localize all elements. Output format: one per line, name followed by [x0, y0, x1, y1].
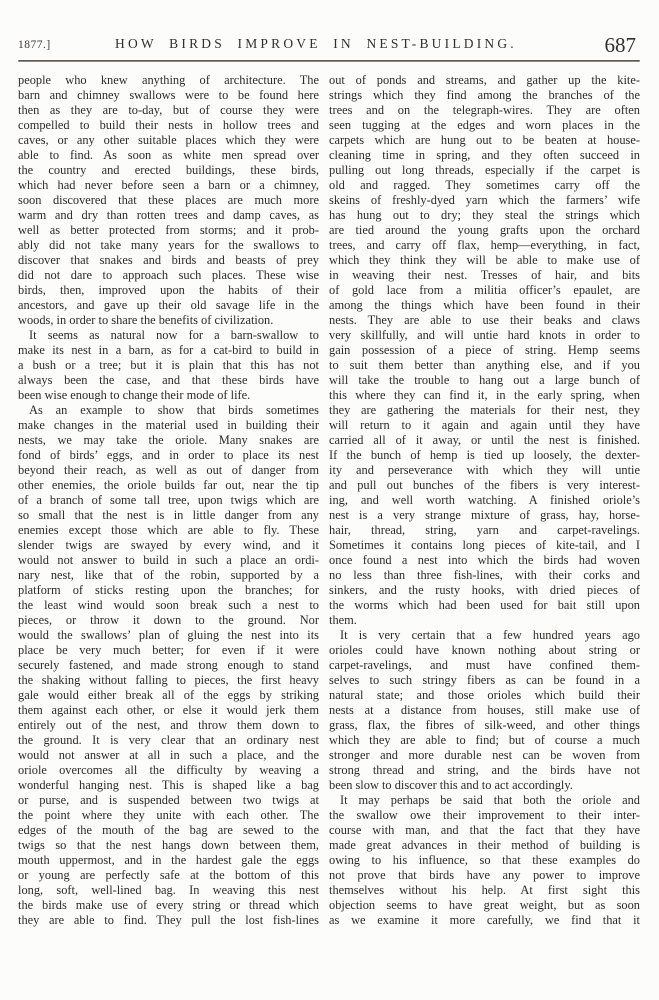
text-line: grass, flax, the fibres of silk-weed, an…: [329, 718, 640, 733]
text-line: always been the case, and that these bir…: [18, 373, 319, 388]
text-line: nests. They are able to use their beaks …: [329, 313, 640, 328]
text-line: the shaking without falling to pieces, t…: [18, 673, 319, 688]
text-line: selves to such stringy fibers as can be …: [329, 673, 640, 688]
text-line: objection seems to have great weight, bu…: [329, 898, 640, 913]
text-line: not prove that birds have any power to i…: [329, 868, 640, 883]
text-line: them.: [329, 613, 640, 628]
text-line: platform of sticks resting upon the bran…: [18, 583, 319, 598]
article-columns: people who knew anything of architecture…: [18, 73, 640, 928]
text-line: natural state; and those orioles which b…: [329, 688, 640, 703]
text-line: out of ponds and streams, and gather up …: [329, 73, 640, 88]
text-line: place be very much better; for even if i…: [18, 643, 319, 658]
text-line: slender twigs are swayed by every wind, …: [18, 538, 319, 553]
text-line: gain possession of a piece of string. He…: [329, 343, 640, 358]
text-line: birds, then, improved upon the habits of…: [18, 283, 319, 298]
page-number: 687: [605, 33, 637, 58]
text-line: well as better protected from storms; an…: [18, 223, 319, 238]
year-label: 1877.]: [18, 39, 51, 51]
text-line: are tied around the young grafts upon th…: [329, 223, 640, 238]
text-line: carried all of it away, or until the nes…: [329, 433, 640, 448]
text-line: edges of the mouth of the bag are sewed …: [18, 823, 319, 838]
text-line: the worms which had been used for bait s…: [329, 598, 640, 613]
text-line: able to find. As soon as white men sprea…: [18, 148, 319, 163]
text-line: It seems as natural now for a barn-swall…: [18, 328, 319, 343]
text-line: and pull out bunches of the fibers is ve…: [329, 478, 640, 493]
text-line: soon discovered that these places are mu…: [18, 193, 319, 208]
page-title: HOW BIRDS IMPROVE IN NEST-BUILDING.: [115, 36, 517, 52]
text-line: ity and perseverance with which they wil…: [329, 463, 640, 478]
text-line: fond of birds’ eggs, and in order to pla…: [18, 448, 319, 463]
text-line: will return to it again and again until …: [329, 418, 640, 433]
text-line: owing to his influence, so that these ex…: [329, 853, 640, 868]
text-line: them against each other, or else it woul…: [18, 703, 319, 718]
text-line: will take the trouble to hang out a larg…: [329, 373, 640, 388]
text-line: course with man, and that the fact that …: [329, 823, 640, 838]
text-line: did not dare to approach such places. Th…: [18, 268, 319, 283]
text-line: which they think they will be able to ma…: [329, 253, 640, 268]
text-line: which had never before seen a barn or a …: [18, 178, 319, 193]
text-line: no less than three fish-lines, with thei…: [329, 568, 640, 583]
text-line: other enemies, the oriole builds far out…: [18, 478, 319, 493]
text-line: they are gathering the materials for the…: [329, 403, 640, 418]
text-line: old and ragged. They sometimes carry off…: [329, 178, 640, 193]
running-head: 1877.] HOW BIRDS IMPROVE IN NEST-BUILDIN…: [18, 28, 638, 54]
text-line: would the swallows’ plan of gluing the n…: [18, 628, 319, 643]
text-line: trees, and carry off flax, hemp—everythi…: [329, 238, 640, 253]
text-line: would not answer at all in such a place,…: [18, 748, 319, 763]
text-line: the birds make use of every string or th…: [18, 898, 319, 913]
text-line: of a branch of some tall tree, upon twig…: [18, 493, 319, 508]
text-line: enemies except those which are able to f…: [18, 523, 319, 538]
text-line: woods, in order to share the benefits of…: [18, 313, 319, 328]
text-line: ing, and well worth watching. A finished…: [329, 493, 640, 508]
text-line: the country and erected buildings, these…: [18, 163, 319, 178]
text-line: warm and dry than rotten trees and damp …: [18, 208, 319, 223]
text-line: orioles could have known nothing about s…: [329, 643, 640, 658]
text-line: pulling out long threads, especially if …: [329, 163, 640, 178]
paragraph: It may perhaps be said that both the ori…: [329, 793, 640, 928]
text-line: trees and on the telegraph-wires. They a…: [329, 103, 640, 118]
text-line: strong thread and string, and the birds …: [329, 763, 640, 778]
paragraph: It seems as natural now for a barn-swall…: [18, 328, 319, 403]
text-line: been wise enough to change their mode of…: [18, 388, 319, 403]
text-line: or young are perfectly safe at the botto…: [18, 868, 319, 883]
text-line: ancestors, and gave up their old savage …: [18, 298, 319, 313]
text-line: make changes in the material used in bui…: [18, 418, 319, 433]
text-line: stronger and more durable nest can be wo…: [329, 748, 640, 763]
text-line: twigs so that the nest hangs down betwee…: [18, 838, 319, 853]
text-line: seen tugging at the edges and worn place…: [329, 118, 640, 133]
text-line: wonderful hanging nest. This is shaped l…: [18, 778, 319, 793]
paragraph: It is very certain that a few hundred ye…: [329, 628, 640, 793]
text-line: make its nest in a barn, as for a cat-bi…: [18, 343, 319, 358]
text-line: been slow to discover this and to act ac…: [329, 778, 640, 793]
paragraph: out of ponds and streams, and gather up …: [329, 73, 640, 628]
text-line: carpets which are hung out to be beaten …: [329, 133, 640, 148]
text-column-left: people who knew anything of architecture…: [18, 73, 319, 928]
text-column-right: out of ponds and streams, and gather up …: [329, 73, 640, 928]
text-line: pieces, or throw it down to the ground. …: [18, 613, 319, 628]
text-line: the swallow owe their improvement to the…: [329, 808, 640, 823]
text-line: discover that snakes and birds and beast…: [18, 253, 319, 268]
text-line: the point where they unite with each oth…: [18, 808, 319, 823]
text-line: entirely out of the nest, and throw them…: [18, 718, 319, 733]
text-line: hair, thread, string, yarn and carpet-ra…: [329, 523, 640, 538]
text-line: nary nest, like that of the robin, suppo…: [18, 568, 319, 583]
text-line: made great advances in their method of b…: [329, 838, 640, 853]
paragraph: As an example to show that birds sometim…: [18, 403, 319, 928]
text-line: themselves without his help. At first si…: [329, 883, 640, 898]
text-line: ably did not take many years for the swa…: [18, 238, 319, 253]
text-line: then as they are to-day, but of course t…: [18, 103, 319, 118]
text-line: they are able to find. They pull the los…: [18, 913, 319, 928]
text-line: beyond their reach, as well as out of da…: [18, 463, 319, 478]
text-line: It is very certain that a few hundred ye…: [329, 628, 640, 643]
text-line: gale would either break all of the eggs …: [18, 688, 319, 703]
text-line: in weaving their nest. Tresses of hair, …: [329, 268, 640, 283]
text-line: the least wind would soon break such a n…: [18, 598, 319, 613]
text-line: would not answer to build in such a plac…: [18, 553, 319, 568]
text-line: among the things which have been found i…: [329, 298, 640, 313]
text-line: so small that the nest is in little dang…: [18, 508, 319, 523]
text-line: this where they can find it, in the earl…: [329, 388, 640, 403]
text-line: oriole overcomes all the difficulty by w…: [18, 763, 319, 778]
text-line: long, soft, well-lined bag. In weaving t…: [18, 883, 319, 898]
text-line: caves, or any other suitable places whic…: [18, 133, 319, 148]
text-line: or purse, and is suspended between two t…: [18, 793, 319, 808]
text-line: as we examine it more carefully, we find…: [329, 913, 640, 928]
text-line: a bush or a tree; but it is plain that t…: [18, 358, 319, 373]
text-line: nests, we may take the oriole. Many snak…: [18, 433, 319, 448]
text-line: nests at a distance from houses, still m…: [329, 703, 640, 718]
text-line: As an example to show that birds sometim…: [18, 403, 319, 418]
text-line: of gold lace from a militia officer’s ep…: [329, 283, 640, 298]
text-line: nest is a very strange mixture of grass,…: [329, 508, 640, 523]
text-line: If the bunch of hemp is tied up loosely,…: [329, 448, 640, 463]
text-line: once found a nest into which the birds h…: [329, 553, 640, 568]
text-line: It may perhaps be said that both the ori…: [329, 793, 640, 808]
header-rule: [18, 60, 640, 62]
paragraph: people who knew anything of architecture…: [18, 73, 319, 328]
text-line: strings which they find among the branch…: [329, 88, 640, 103]
text-line: very skillfully, and will untie hard kno…: [329, 328, 640, 343]
text-line: skeins of freshly-dyed yarn which the fa…: [329, 193, 640, 208]
text-line: has hung out to dry; they steal the stri…: [329, 208, 640, 223]
text-line: Sometimes it contains long pieces of kit…: [329, 538, 640, 553]
text-line: to suit them better than anything else, …: [329, 358, 640, 373]
text-line: which they are able to find; but of cour…: [329, 733, 640, 748]
text-line: compelled to build their nests in hollow…: [18, 118, 319, 133]
book-page: 1877.] HOW BIRDS IMPROVE IN NEST-BUILDIN…: [0, 0, 659, 1000]
text-line: carpet-ravelings, and must have confined…: [329, 658, 640, 673]
text-line: people who knew anything of architecture…: [18, 73, 319, 88]
text-line: sinkers, and the rusty hooks, with dried…: [329, 583, 640, 598]
text-line: securely fastened, and made strong enoug…: [18, 658, 319, 673]
text-line: barn and chimney swallows were to be fou…: [18, 88, 319, 103]
text-line: mouth uppermost, and in the hardest gale…: [18, 853, 319, 868]
text-line: the ground. It is very clear that an ord…: [18, 733, 319, 748]
text-line: cleaning time in spring, and they often …: [329, 148, 640, 163]
